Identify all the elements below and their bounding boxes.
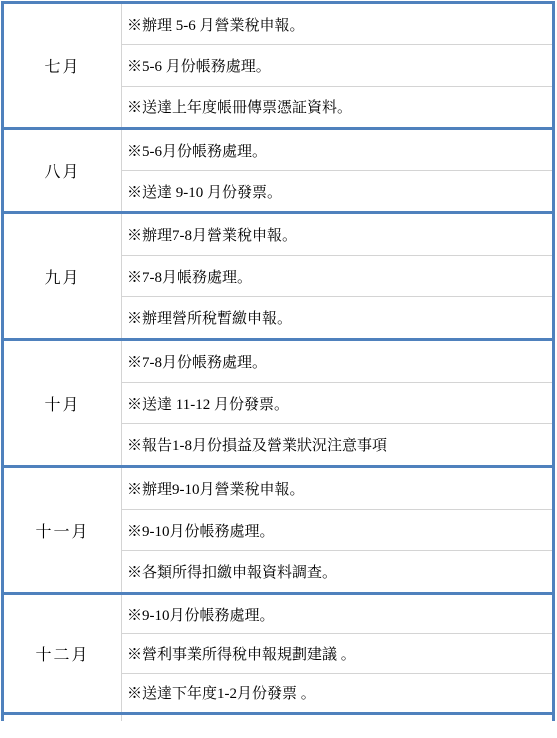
month-cell: 九月 — [4, 214, 122, 338]
month-cell: 十一月 — [4, 468, 122, 592]
month-label: 九月 — [44, 265, 80, 288]
task-list: ※5-6月份帳務處理。 ※送達 9-10 月份發票。 — [122, 130, 552, 211]
task-text: ※7-8月份帳務處理。 — [127, 351, 267, 372]
task-text: ※各類所得扣繳申報資料調查。 — [127, 561, 337, 582]
task-list: ※7-8月份帳務處理。 ※送達 11-12 月份發票。 ※報告1-8月份損益及營… — [122, 341, 552, 465]
task-text: ※7-8月帳務處理。 — [127, 266, 252, 287]
month-label: 十二月 — [35, 642, 89, 665]
task-item: ※送達 11-12 月份發票。 — [122, 382, 552, 424]
task-list — [122, 715, 552, 721]
month-label: 八月 — [44, 159, 80, 182]
task-item: ※各類所得扣繳申報資料調查。 — [122, 550, 552, 592]
month-section-december: 十二月 ※9-10月份帳務處理。 ※營利事業所得稅申報規劃建議 。 ※送達下年度… — [4, 595, 552, 715]
document-page: 七月 ※辦理 5-6 月營業稅申報。 ※5-6 月份帳務處理。 ※送達上年度帳冊… — [0, 0, 557, 738]
month-section-september: 九月 ※辦理7-8月營業稅申報。 ※7-8月帳務處理。 ※辦理營所稅暫繳申報。 — [4, 214, 552, 341]
month-section-october: 十月 ※7-8月份帳務處理。 ※送達 11-12 月份發票。 ※報告1-8月份損… — [4, 341, 552, 468]
task-item: ※報告1-8月份損益及營業狀況注意事項 — [122, 423, 552, 465]
task-text: ※辦理7-8月營業稅申報。 — [127, 224, 297, 245]
month-cell — [4, 715, 122, 721]
task-item: ※5-6月份帳務處理。 — [122, 130, 552, 170]
month-cell: 七月 — [4, 4, 122, 127]
task-text: ※9-10月份帳務處理。 — [127, 520, 275, 541]
task-text: ※送達 11-12 月份發票。 — [127, 393, 289, 414]
task-item: ※辦理7-8月營業稅申報。 — [122, 214, 552, 255]
task-item: ※辦理9-10月營業稅申報。 — [122, 468, 552, 509]
task-item: ※7-8月帳務處理。 — [122, 255, 552, 297]
task-text: ※辦理9-10月營業稅申報。 — [127, 478, 305, 499]
month-section-november: 十一月 ※辦理9-10月營業稅申報。 ※9-10月份帳務處理。 ※各類所得扣繳申… — [4, 468, 552, 595]
month-label: 十一月 — [35, 519, 89, 542]
month-label: 七月 — [44, 54, 80, 77]
task-list: ※辦理 5-6 月營業稅申報。 ※5-6 月份帳務處理。 ※送達上年度帳冊傳票憑… — [122, 4, 552, 127]
month-label: 十月 — [44, 392, 80, 415]
task-text: ※送達下年度1-2月份發票 。 — [127, 682, 316, 703]
task-text: ※辦理營所稅暫繳申報。 — [127, 307, 292, 328]
task-item: ※7-8月份帳務處理。 — [122, 341, 552, 382]
next-section-partial — [4, 715, 552, 721]
task-item: ※9-10月份帳務處理。 — [122, 509, 552, 551]
task-text: ※送達 9-10 月份發票。 — [127, 181, 282, 202]
task-item: ※辦理營所稅暫繳申報。 — [122, 296, 552, 338]
task-item: ※送達 9-10 月份發票。 — [122, 170, 552, 211]
task-list: ※辦理7-8月營業稅申報。 ※7-8月帳務處理。 ※辦理營所稅暫繳申報。 — [122, 214, 552, 338]
task-item: ※營利事業所得稅申報規劃建議 。 — [122, 633, 552, 672]
task-text: ※9-10月份帳務處理。 — [127, 604, 275, 625]
month-cell: 十二月 — [4, 595, 122, 712]
task-list: ※辦理9-10月營業稅申報。 ※9-10月份帳務處理。 ※各類所得扣繳申報資料調… — [122, 468, 552, 592]
month-section-august: 八月 ※5-6月份帳務處理。 ※送達 9-10 月份發票。 — [4, 130, 552, 214]
task-item: ※5-6 月份帳務處理。 — [122, 44, 552, 85]
task-text: ※營利事業所得稅申報規劃建議 。 — [127, 643, 356, 664]
task-text: ※5-6 月份帳務處理。 — [127, 55, 271, 76]
task-item: ※送達上年度帳冊傳票憑証資料。 — [122, 86, 552, 127]
task-item: ※送達下年度1-2月份發票 。 — [122, 673, 552, 712]
task-text: ※送達上年度帳冊傳票憑証資料。 — [127, 96, 352, 117]
task-text: ※5-6月份帳務處理。 — [127, 140, 267, 161]
monthly-schedule-table: 七月 ※辦理 5-6 月營業稅申報。 ※5-6 月份帳務處理。 ※送達上年度帳冊… — [1, 1, 555, 721]
month-cell: 八月 — [4, 130, 122, 211]
month-section-july: 七月 ※辦理 5-6 月營業稅申報。 ※5-6 月份帳務處理。 ※送達上年度帳冊… — [4, 4, 552, 130]
task-text: ※報告1-8月份損益及營業狀況注意事項 — [127, 434, 387, 455]
month-cell: 十月 — [4, 341, 122, 465]
task-text: ※辦理 5-6 月營業稅申報。 — [127, 14, 305, 35]
task-item: ※9-10月份帳務處理。 — [122, 595, 552, 633]
task-item: ※辦理 5-6 月營業稅申報。 — [122, 4, 552, 44]
task-list: ※9-10月份帳務處理。 ※營利事業所得稅申報規劃建議 。 ※送達下年度1-2月… — [122, 595, 552, 712]
